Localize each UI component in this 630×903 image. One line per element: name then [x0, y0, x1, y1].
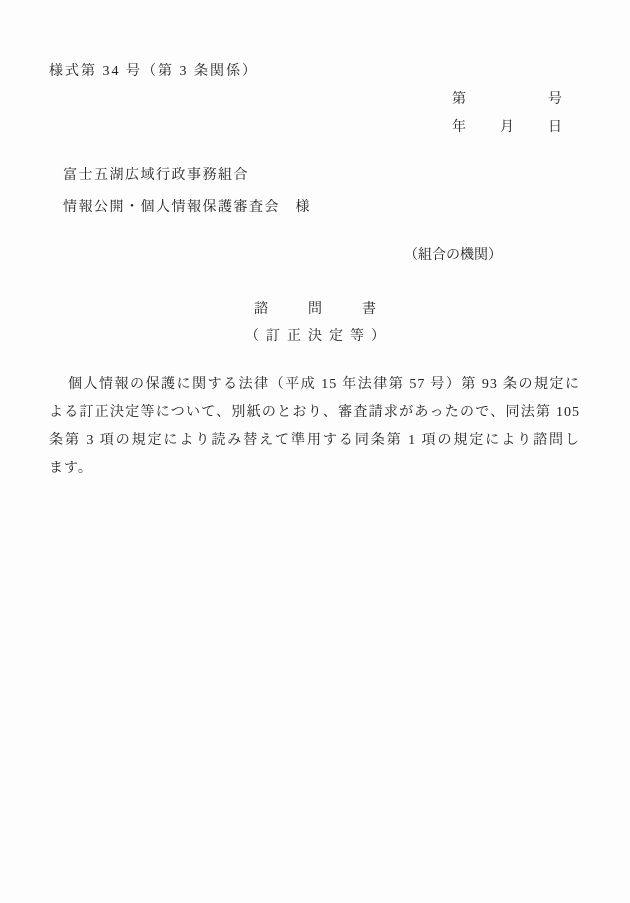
body-line: 条第 3 項の規定により読み替えて準用する同条第 1 項の規定により諮問し	[49, 427, 580, 455]
addressee-organization: 富士五湖広域行政事務組合	[63, 168, 311, 184]
date-row: 年 月 日	[452, 120, 562, 136]
addressee-block: 富士五湖広域行政事務組合 情報公開・個人情報保護審査会 様	[63, 168, 311, 216]
document-subtitle: （訂正決定等）	[0, 329, 630, 345]
body-line: 個人情報の保護に関する法律（平成 15 年法律第 57 号）第 93 条の規定に	[49, 371, 580, 399]
date-day-label: 日	[548, 120, 562, 136]
addressee-board: 情報公開・個人情報保護審査会 様	[63, 200, 311, 216]
body-line: よる訂正決定等について、別紙のとおり、審査請求があったので、同法第 105	[49, 399, 580, 427]
date-month-label: 月	[500, 120, 514, 136]
document-title: 諮問書	[0, 301, 630, 318]
doc-number-row: 第 号	[452, 92, 562, 108]
document-page: 様式第 34 号（第 3 条関係） 第 号 年 月 日 富士五湖広域行政事務組合…	[0, 0, 630, 903]
doc-number-suffix: 号	[548, 92, 562, 108]
doc-number-prefix: 第	[452, 92, 466, 108]
form-number-line: 様式第 34 号（第 3 条関係）	[49, 64, 258, 80]
body-paragraph: 個人情報の保護に関する法律（平成 15 年法律第 57 号）第 93 条の規定に…	[49, 371, 580, 483]
sender-note: （組合の機関）	[404, 248, 502, 264]
date-year-label: 年	[452, 120, 466, 136]
number-date-block: 第 号 年 月 日	[452, 92, 562, 136]
body-line: ます。	[49, 455, 580, 483]
